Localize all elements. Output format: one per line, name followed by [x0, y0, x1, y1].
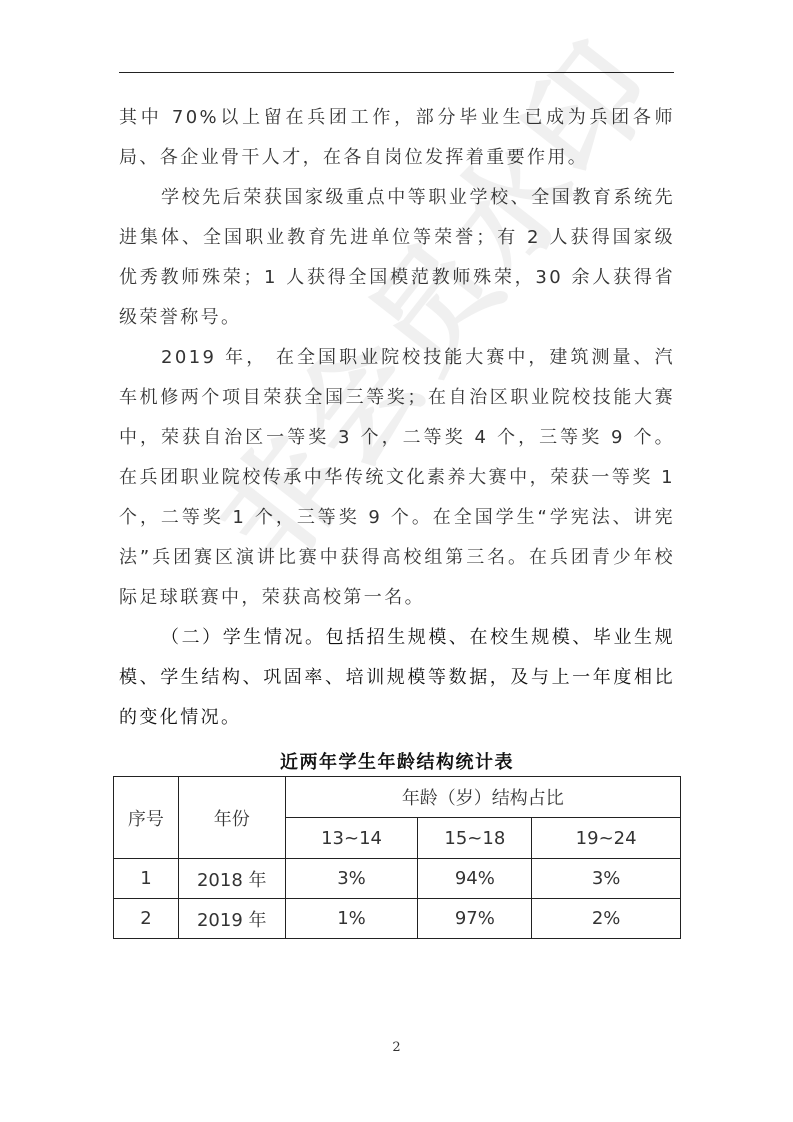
cell-year: 2019 年: [178, 899, 285, 939]
header-year: 年份: [178, 777, 285, 859]
cell-value: 94%: [418, 859, 532, 899]
page-number: 2: [0, 1040, 793, 1055]
cell-year: 2018 年: [178, 859, 285, 899]
section-heading-student-situation: （二）学生情况。包括招生规模、在校生规模、毕业生规模、学生结构、巩固率、培训规模…: [119, 618, 675, 738]
header-rule: [119, 72, 674, 73]
document-body: 其中 70%以上留在兵团工作，部分毕业生已成为兵团各师局、各企业骨干人才，在各自…: [119, 98, 675, 738]
paragraph-graduates: 其中 70%以上留在兵团工作，部分毕业生已成为兵团各师局、各企业骨干人才，在各自…: [119, 98, 675, 178]
table-row: 1 2018 年 3% 94% 3%: [114, 859, 681, 899]
table-header-row: 序号 年份 年龄（岁）结构占比: [114, 777, 681, 818]
table-row: 2 2019 年 1% 97% 2%: [114, 899, 681, 939]
paragraph-honors: 学校先后荣获国家级重点中等职业学校、全国教育系统先进集体、全国职业教育先进单位等…: [119, 178, 675, 338]
cell-value: 3%: [532, 859, 681, 899]
cell-value: 97%: [418, 899, 532, 939]
age-structure-table: 序号 年份 年龄（岁）结构占比 13~14 15~18 19~24 1 2018…: [113, 776, 681, 939]
header-range-13-14: 13~14: [285, 818, 418, 859]
cell-value: 3%: [285, 859, 418, 899]
header-age-group: 年龄（岁）结构占比: [285, 777, 680, 818]
cell-value: 1%: [285, 899, 418, 939]
cell-value: 2%: [532, 899, 681, 939]
header-range-19-24: 19~24: [532, 818, 681, 859]
cell-index: 1: [114, 859, 179, 899]
header-range-15-18: 15~18: [418, 818, 532, 859]
header-index: 序号: [114, 777, 179, 859]
table-title: 近两年学生年龄结构统计表: [113, 748, 681, 774]
cell-index: 2: [114, 899, 179, 939]
paragraph-competitions: 2019 年， 在全国职业院校技能大赛中，建筑测量、汽车机修两个项目荣获全国三等…: [119, 338, 675, 618]
